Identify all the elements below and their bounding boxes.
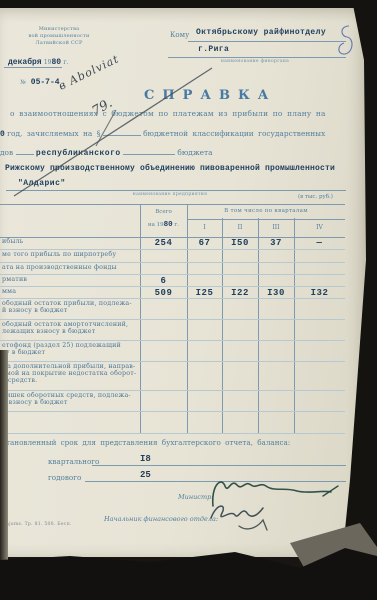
cell-q3 [258, 320, 294, 341]
cell-q1 [187, 299, 222, 320]
cell-total [140, 362, 187, 391]
cell-q1: 67 [187, 237, 222, 250]
cell-q4 [294, 341, 345, 362]
cell-q4 [294, 299, 345, 320]
cell-q1: I25 [187, 287, 222, 299]
cell-total [140, 299, 187, 320]
cell-q4 [294, 250, 345, 263]
row-label: етофонд (раздел 25) подлежащийсу в бюдже… [0, 341, 140, 362]
row-label: ободный остаток прибыли, подлежа-й взнос… [0, 299, 140, 320]
cell-q1 [187, 341, 222, 362]
cell-q4: — [294, 237, 345, 250]
cell-q1 [187, 320, 222, 341]
table-row [0, 412, 345, 434]
annual-value: 25 [140, 470, 151, 480]
table-row: етофонд (раздел 25) подлежащийсу в бюдже… [0, 341, 345, 362]
printshop-note: tajums. Tp. 81. 500. Бесп. [4, 522, 72, 527]
cell-q3: 37 [258, 237, 294, 250]
cell-total [140, 412, 187, 434]
units-note: (в тыс. руб.) [298, 194, 333, 200]
cell-q4 [294, 320, 345, 341]
row-label: ободный остаток амортотчислений,лежащих … [0, 320, 140, 341]
header-quarters-rule [187, 219, 345, 220]
finance-head-label: Начальник финансового отдела: [104, 515, 218, 523]
cell-q2: I50 [222, 237, 258, 250]
cell-total: 509 [140, 287, 187, 299]
header-q1: I [187, 224, 222, 231]
cell-q3 [258, 250, 294, 263]
header-total-top: Всего [140, 209, 187, 215]
cell-q3 [258, 341, 294, 362]
cell-q1 [187, 412, 222, 434]
quarterly-value: I8 [140, 454, 151, 464]
finance-head-signature [205, 496, 295, 536]
table-row: ме того прибыль по ширпотребу [0, 250, 345, 263]
cell-total [140, 341, 187, 362]
letterhead-line: Министерства [4, 26, 114, 33]
cell-q2 [222, 391, 258, 412]
cell-q1 [187, 362, 222, 391]
quarterly-underline [92, 465, 346, 466]
row-label: лишек оборотных средств, подлежа-й взнос… [0, 391, 140, 412]
cell-q3: I30 [258, 287, 294, 299]
cell-q2 [222, 362, 258, 391]
cell-q2 [222, 320, 258, 341]
cell-q1 [187, 263, 222, 275]
header-q2: II [222, 224, 258, 231]
cell-q1 [187, 275, 222, 287]
cell-total: 254 [140, 237, 187, 250]
table-row: ободный остаток амортотчислений,лежащих … [0, 320, 345, 341]
scanned-document-photo: Министерства вой промышленности Латвийск… [0, 0, 377, 600]
table-row: рматив 6 [0, 275, 345, 287]
cell-q2: I22 [222, 287, 258, 299]
addressee-line1: Октябрьскому райфинотделу [196, 28, 326, 37]
cell-q2 [222, 412, 258, 434]
cell-total [140, 263, 187, 275]
cell-total [140, 250, 187, 263]
row-label: ибыль [0, 237, 140, 250]
top-black-band [0, 0, 377, 8]
cell-q4 [294, 275, 345, 287]
table-row: ата на производственные фонды [0, 263, 345, 275]
header-q4: IV [294, 224, 345, 231]
header-total-pre: на 19 [148, 222, 164, 228]
cell-q4 [294, 263, 345, 275]
table-row: ибыль 254 67 I50 37 — [0, 237, 345, 250]
cell-q3 [258, 362, 294, 391]
cell-q4: I32 [294, 287, 345, 299]
header-quarters-caption: В том числе по кварталам [187, 208, 345, 214]
header-total-post: г. [174, 222, 179, 228]
row-label: рматив [0, 275, 140, 287]
cell-q2 [222, 299, 258, 320]
cell-q2 [222, 263, 258, 275]
cell-q3 [258, 299, 294, 320]
table-row: ободный остаток прибыли, подлежа-й взнос… [0, 299, 345, 320]
cell-q4 [294, 412, 345, 434]
cell-q2 [222, 250, 258, 263]
cell-q2 [222, 341, 258, 362]
cell-total: 6 [140, 275, 187, 287]
table-row: мма 509 I25 I22 I30 I32 [0, 287, 345, 299]
cell-q2 [222, 275, 258, 287]
cell-total [140, 391, 187, 412]
cell-q4 [294, 391, 345, 412]
cell-q3 [258, 263, 294, 275]
header-q3: III [258, 224, 294, 231]
paper-sheet: Министерства вой промышленности Латвийск… [0, 8, 370, 557]
deadline-caption: становленный срок для представления бухг… [2, 438, 290, 447]
cell-q3 [258, 275, 294, 287]
table-body: ибыль 254 67 I50 37 — ме того прибыль по… [0, 237, 345, 434]
annual-label: годового [48, 473, 81, 482]
cell-q3 [258, 391, 294, 412]
row-label: мма [0, 287, 140, 299]
row-label: ата на производственные фонды [0, 263, 140, 275]
ink-flourish-icon [336, 24, 356, 60]
cell-q1 [187, 391, 222, 412]
row-label [0, 412, 140, 434]
table-header: Всего на 1980 г. В том числе по квартала… [0, 204, 345, 238]
cell-total [140, 320, 187, 341]
header-total-year: 80 [164, 221, 173, 229]
header-total-bottom: на 1980 г. [140, 221, 187, 229]
cell-q4 [294, 362, 345, 391]
budget-table: Всего на 1980 г. В том числе по квартала… [0, 204, 345, 433]
row-label: ме того прибыль по ширпотребу [0, 250, 140, 263]
cell-q3 [258, 412, 294, 434]
table-row: лишек оборотных средств, подлежа-й взнос… [0, 391, 345, 412]
row-label: ма дополнительной прибыли, направ-емой н… [0, 362, 140, 391]
table-row: ма дополнительной прибыли, направ-емой н… [0, 362, 345, 391]
cell-q1 [187, 250, 222, 263]
